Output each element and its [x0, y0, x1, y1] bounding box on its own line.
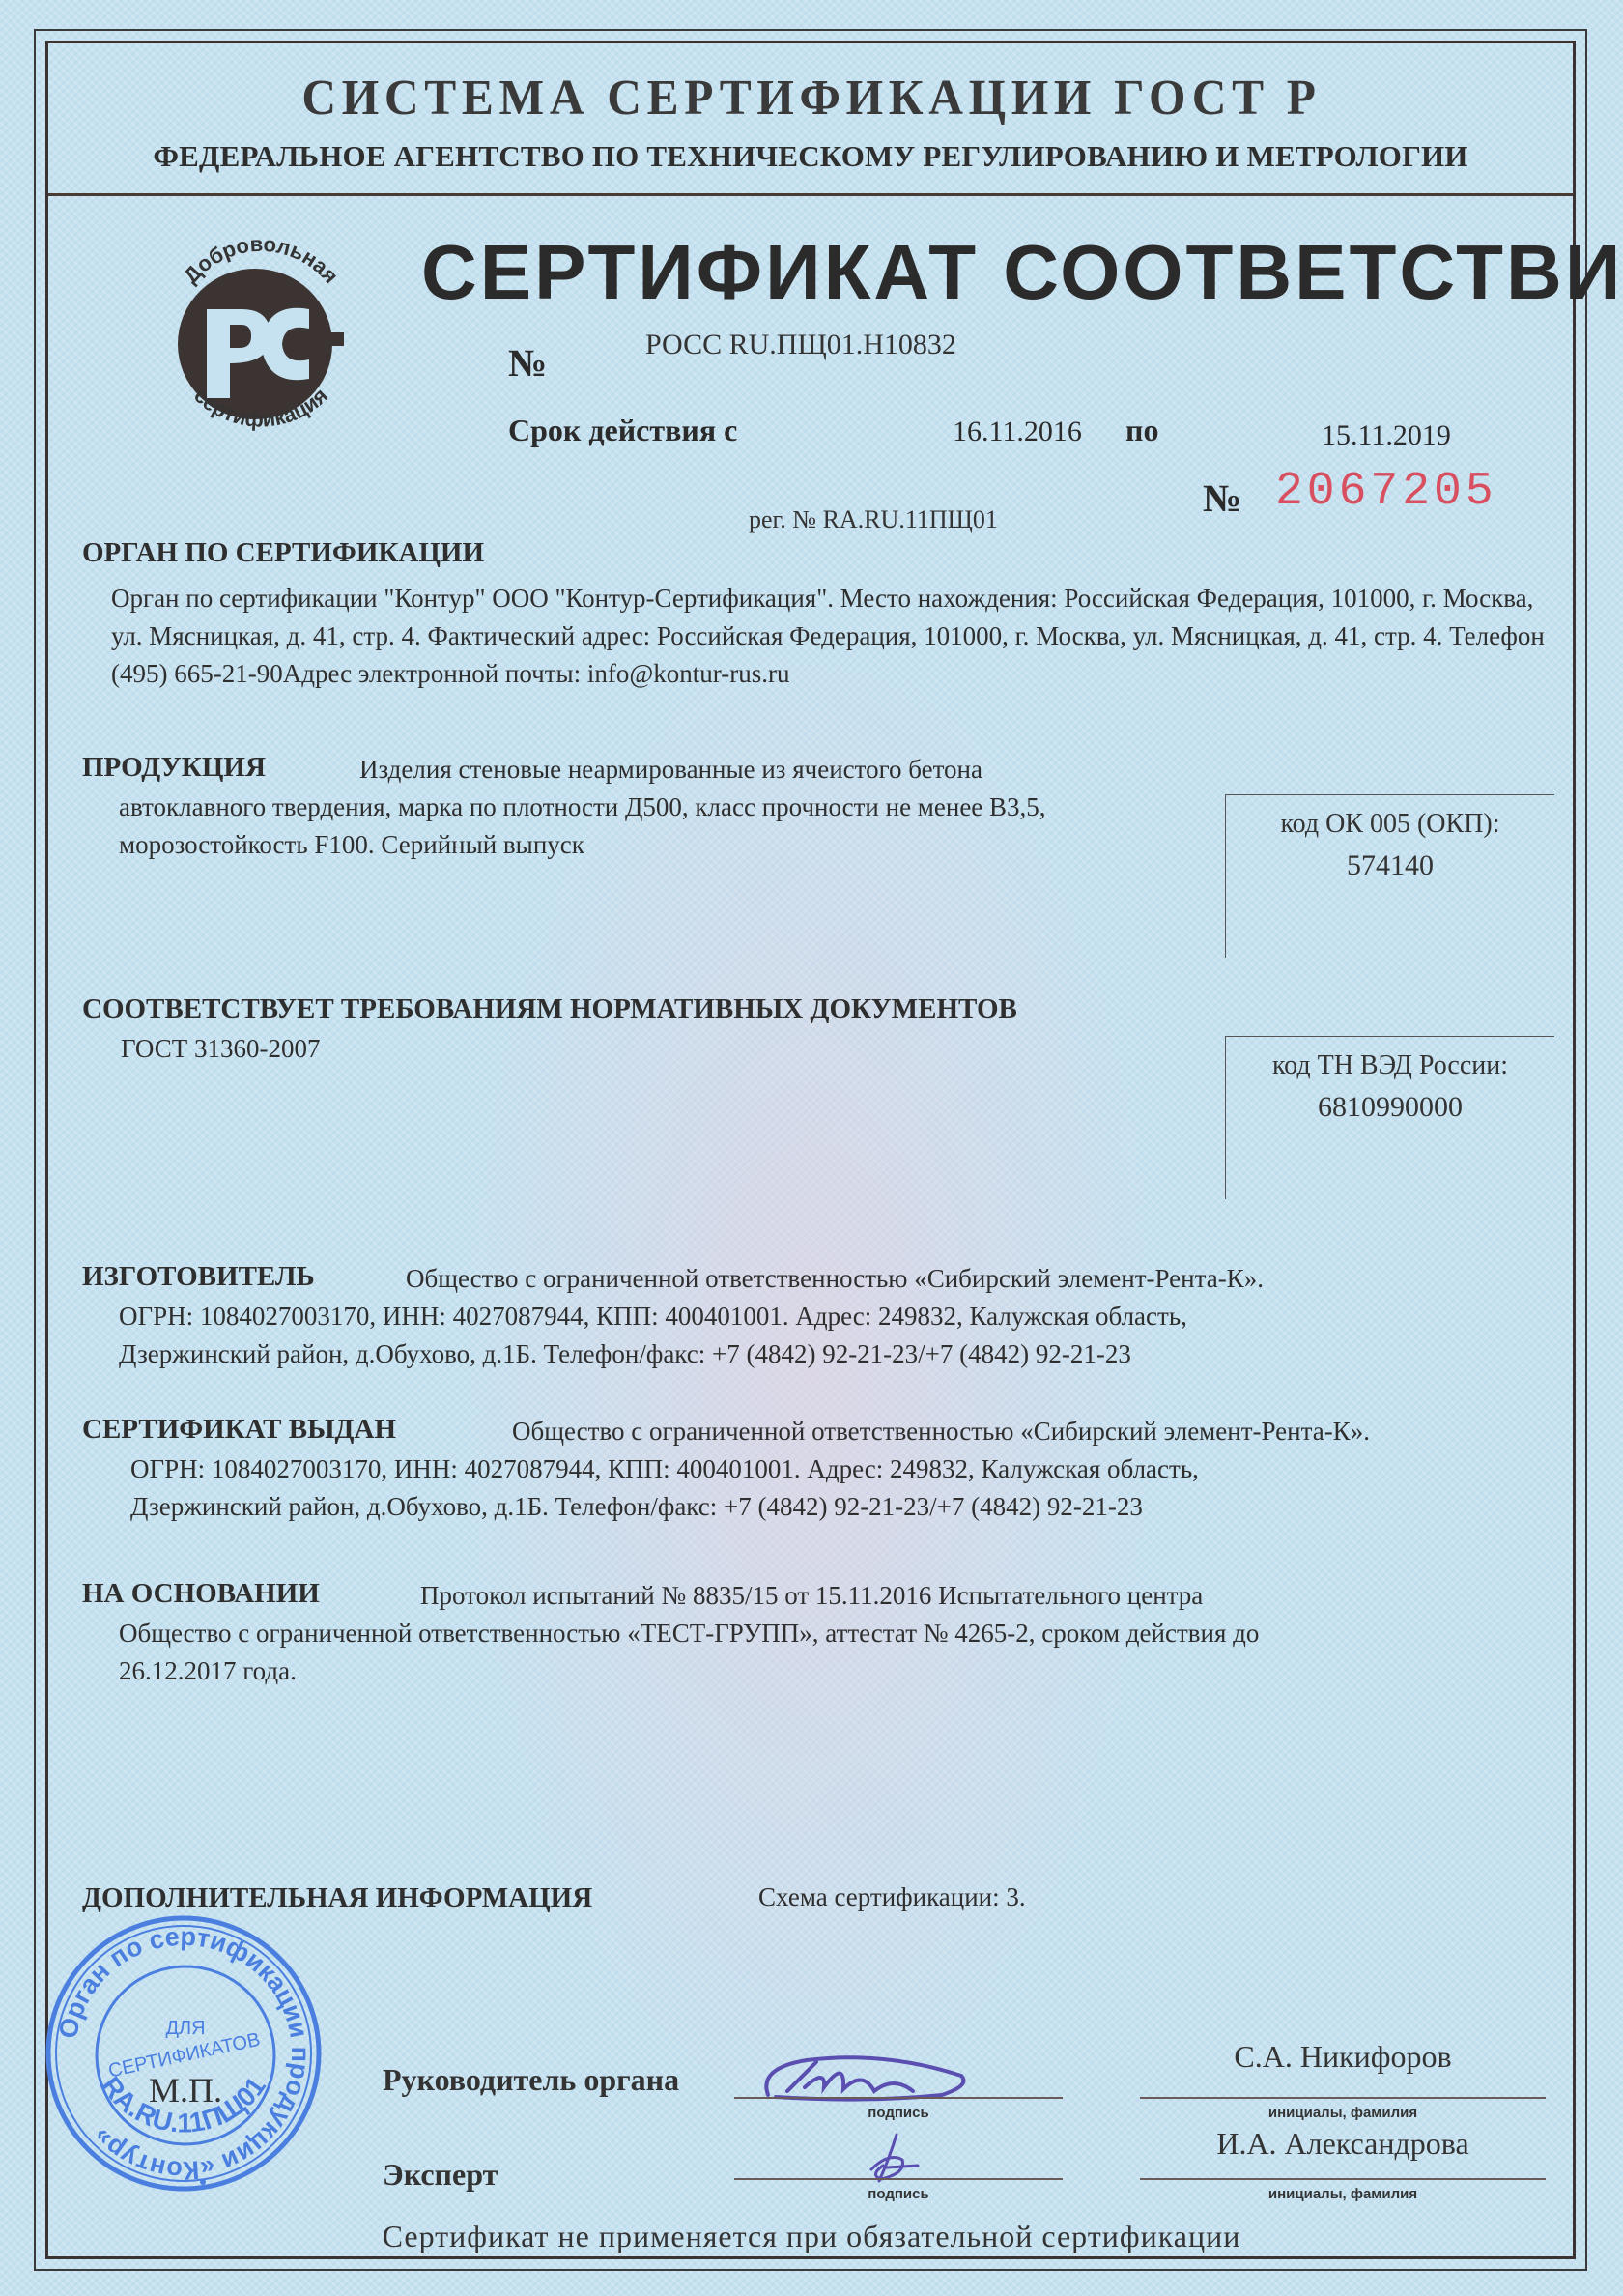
basis-line3: 26.12.2017 года. — [119, 1652, 297, 1690]
okp-code-value: 574140 — [1226, 849, 1554, 882]
basis-line1: Протокол испытаний № 8835/15 от 15.11.20… — [420, 1577, 1203, 1615]
standards-heading: СООТВЕТСТВУЕТ ТРЕБОВАНИЯМ НОРМАТИВНЫХ ДО… — [82, 993, 1017, 1025]
footer-note: Сертификат не применяется при обязательн… — [0, 2219, 1623, 2254]
header-divider — [48, 193, 1573, 196]
certificate-title: СЕРТИФИКАТ СООТВЕТСТВИЯ — [421, 228, 1623, 317]
expert-name: И.А. Александрова — [1140, 2126, 1546, 2162]
expert-signature-line — [734, 2178, 1063, 2180]
system-title: СИСТЕМА СЕРТИФИКАЦИИ ГОСТ Р — [41, 70, 1582, 127]
svg-text:ДЛЯ: ДЛЯ — [165, 2018, 205, 2039]
basis-line2: Общество с ограниченной ответственностью… — [119, 1615, 1259, 1652]
certification-body-heading: ОРГАН ПО СЕРТИФИКАЦИИ — [82, 537, 484, 569]
basis-heading: НА ОСНОВАНИИ — [82, 1578, 320, 1610]
product-text-rest: автоклавного твердения, марка по плотнос… — [119, 789, 1210, 864]
svg-text:М.П.: М.П. — [149, 2071, 222, 2109]
issued-to-line3: Дзержинский район, д.Обухово, д.1Б. Теле… — [130, 1488, 1143, 1526]
manufacturer-line2: ОГРН: 1084027003170, ИНН: 4027087944, КП… — [119, 1298, 1187, 1335]
valid-to-label: по — [1125, 413, 1158, 448]
head-name-caption: инициалы, фамилия — [1140, 2105, 1546, 2121]
manufacturer-heading: ИЗГОТОВИТЕЛЬ — [82, 1261, 315, 1293]
tnved-code-box: код ТН ВЭД России: 6810990000 — [1225, 1036, 1554, 1199]
issued-to-line2: ОГРН: 1084027003170, ИНН: 4027087944, КП… — [130, 1450, 1199, 1488]
manufacturer-line1: Общество с ограниченной ответственностью… — [406, 1260, 1264, 1298]
seal-stamp-icon: Орган по сертификации продукции «Контур»… — [39, 1909, 328, 2198]
rst-logo-icon: Добровольная сертификация — [155, 228, 367, 441]
head-signature-caption: подпись — [734, 2105, 1063, 2121]
head-name-line — [1140, 2097, 1546, 2099]
head-of-body-label: Руководитель органа — [383, 2062, 679, 2098]
manufacturer-line3: Дзержинский район, д.Обухово, д.1Б. Теле… — [119, 1335, 1131, 1373]
certificate-number: РОСС RU.ПЩ01.Н10832 — [645, 329, 956, 361]
standards-text: ГОСТ 31360-2007 — [121, 1030, 321, 1068]
okp-code-box: код ОК 005 (ОКП): 574140 — [1225, 794, 1554, 958]
expert-signature-caption: подпись — [734, 2186, 1063, 2202]
head-signature-line — [734, 2097, 1063, 2099]
certification-body-text: Орган по сертификации "Контур" ООО "Конт… — [111, 580, 1570, 693]
product-heading: ПРОДУКЦИЯ — [82, 752, 266, 784]
head-name: С.А. Никифоров — [1140, 2039, 1546, 2075]
expert-label: Эксперт — [383, 2157, 498, 2193]
number-sign: № — [508, 340, 547, 386]
agency-title: ФЕДЕРАЛЬНОЕ АГЕНТСТВО ПО ТЕХНИЧЕСКОМУ РЕ… — [48, 139, 1573, 174]
tnved-code-value: 6810990000 — [1226, 1091, 1554, 1124]
valid-from-date: 16.11.2016 — [953, 416, 1082, 448]
valid-to-date: 15.11.2019 — [1322, 419, 1451, 452]
blank-number: 2067205 — [1275, 466, 1497, 518]
okp-code-label: код ОК 005 (ОКП): — [1226, 809, 1554, 840]
expert-name-line — [1140, 2178, 1546, 2180]
expert-name-caption: инициалы, фамилия — [1140, 2186, 1546, 2202]
product-text-line1: Изделия стеновые неармированные из ячеис… — [359, 751, 982, 789]
expert-signature-icon — [860, 2131, 927, 2189]
blank-number-sign: № — [1203, 475, 1241, 521]
issued-to-heading: СЕРТИФИКАТ ВЫДАН — [82, 1414, 396, 1446]
tnved-code-label: код ТН ВЭД России: — [1226, 1050, 1554, 1081]
validity-label: Срок действия с — [508, 413, 737, 448]
additional-info-text: Схема сертификации: 3. — [758, 1879, 1026, 1916]
registration-number: рег. № RA.RU.11ПЩ01 — [749, 505, 998, 534]
issued-to-line1: Общество с ограниченной ответственностью… — [512, 1413, 1370, 1450]
